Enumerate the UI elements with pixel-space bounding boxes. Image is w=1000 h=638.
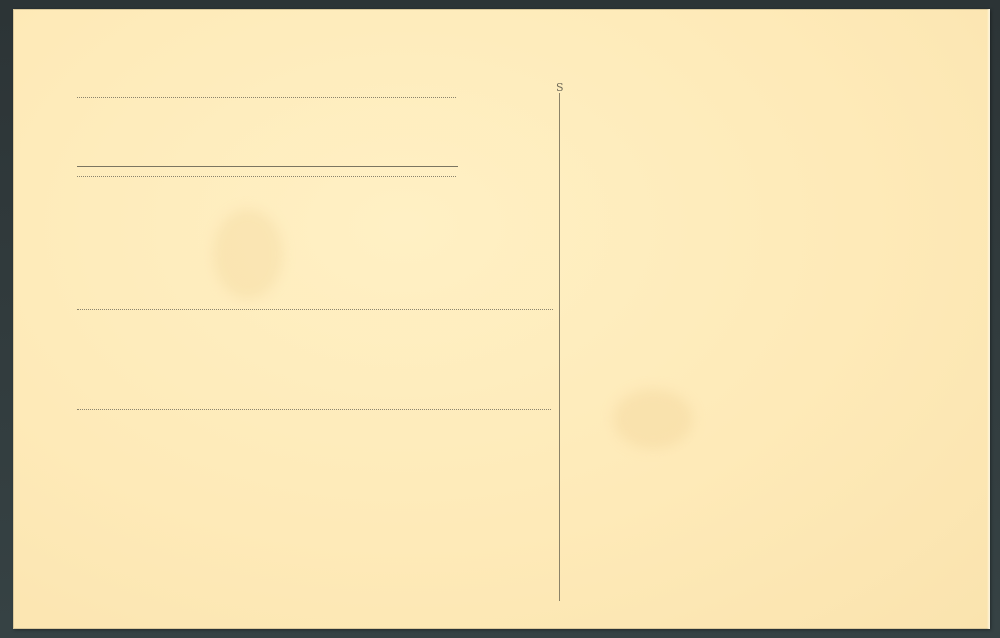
paper-stain <box>613 389 693 449</box>
address-line-1 <box>77 97 456 98</box>
address-rule <box>77 166 458 167</box>
address-line-3 <box>77 309 553 310</box>
postcard-back: S <box>13 9 990 629</box>
paper-stain <box>213 209 283 299</box>
center-divider-line <box>559 93 560 601</box>
address-line-4 <box>77 409 551 410</box>
address-line-2 <box>77 176 456 177</box>
divider-mark: S <box>556 82 564 93</box>
